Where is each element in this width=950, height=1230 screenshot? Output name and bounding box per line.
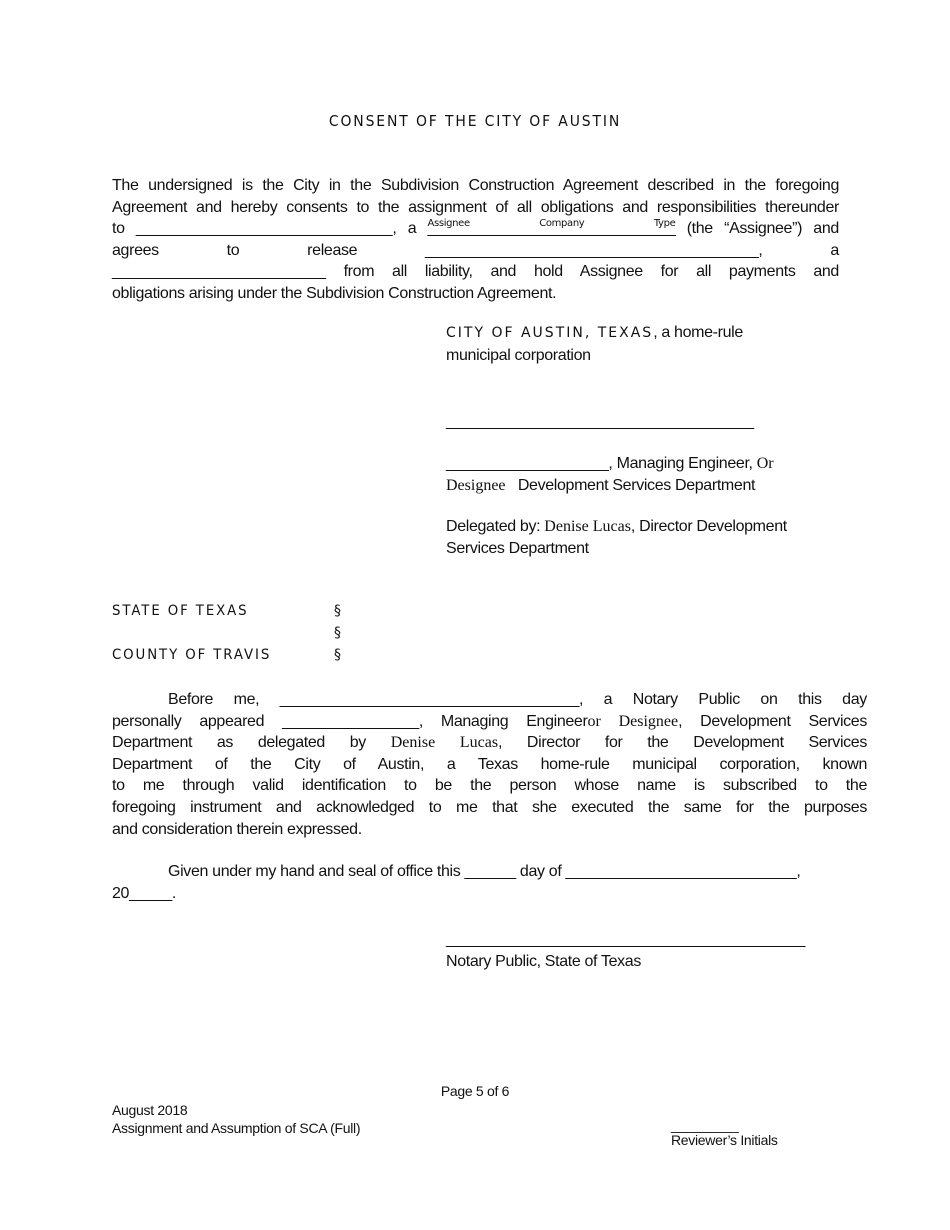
city-entity-name: CITY OF AUSTIN, TEXAS [446, 325, 653, 341]
word: Public [698, 691, 739, 708]
a-word: a [408, 220, 417, 237]
assignee-definition: (the “Assignee”) and [687, 220, 839, 237]
word-agrees: agrees [112, 242, 159, 259]
given-paragraph: Given under my hand and seal of office t… [112, 861, 867, 904]
year-blank[interactable]: _____ [129, 885, 172, 902]
director-title: , Director for the Development Services [498, 734, 867, 751]
city-signer-block: ___________________, Managing Engineer, … [446, 453, 846, 496]
personally-appeared: personally appeared [112, 713, 264, 730]
city-entity-line2: municipal corporation [446, 345, 846, 367]
document-page: CONSENT OF THE CITY OF AUSTIN The unders… [0, 0, 950, 1230]
section-symbol-1: § [334, 603, 341, 619]
city-signature-line[interactable]: ____________________________________ [446, 411, 846, 433]
signer-or: Or [757, 455, 774, 472]
delegated-name: Denise Lucas [544, 518, 631, 535]
day-of: day of [520, 863, 562, 880]
city-entity-rest: , a home-rule [653, 324, 743, 341]
dev-services: , Development Services [678, 713, 867, 730]
word-a: a [830, 242, 839, 259]
assignor-type-blank[interactable]: _________________________ [112, 263, 326, 280]
ack-line-2: personally appeared ________________, Ma… [112, 711, 867, 733]
delegated-line2: Services Department [446, 538, 846, 560]
assignee-company-type-label: Assignee Company Type [428, 213, 676, 235]
ack-line-5: to me through valid identification to be… [112, 775, 867, 797]
notary-signature-label: Notary Public, State of Texas [446, 951, 805, 973]
ack-line-3: Department as delegated by Denise Lucas,… [112, 732, 867, 754]
consent-line-6: obligations arising under the Subdivisio… [112, 283, 839, 305]
to-word: to [112, 220, 125, 237]
word-release: release [307, 242, 357, 259]
word: on [760, 691, 777, 708]
ack-line-4: Department of the City of Austin, a Texa… [112, 754, 867, 776]
word: a [604, 691, 613, 708]
ack-line-7: and consideration therein expressed. [112, 819, 867, 841]
section-symbol-3: § [334, 647, 341, 663]
signer-designee: Designee [446, 477, 506, 494]
reviewer-initials-label: Reviewer’s Initials [671, 1131, 778, 1149]
city-signature-entity: CITY OF AUSTIN, TEXAS, a home-rule munic… [446, 322, 846, 366]
word: this [798, 691, 822, 708]
delegated-by: Department as delegated by [112, 734, 366, 751]
assignee-name-blank[interactable]: ______________________________, [136, 220, 397, 237]
document-title: CONSENT OF THE CITY OF AUSTIN [33, 112, 917, 130]
section-symbol-2: § [334, 625, 341, 641]
notary-acknowledgment-paragraph: Before me, _____________________________… [112, 689, 867, 840]
delegated-prefix: Delegated by: [446, 518, 544, 535]
liability-text: from all liability, and hold Assignee fo… [344, 263, 839, 280]
consent-line-5: _________________________ from all liabi… [112, 261, 839, 283]
reviewer-initials-block: _________ Reviewer’s Initials [671, 1119, 778, 1149]
signer-department: Development Services Department [518, 477, 755, 494]
delegated-suffix: , Director Development [631, 518, 787, 535]
footer-doc-name: Assignment and Assumption of SCA (Full) [112, 1119, 360, 1137]
given-text: Given under my hand and seal of office t… [168, 863, 460, 880]
ack-line-6: foregoing instrument and acknowledged to… [112, 797, 867, 819]
footer-left: August 2018 Assignment and Assumption of… [112, 1101, 360, 1137]
footer-date: August 2018 [112, 1101, 360, 1119]
consent-line-1: The undersigned is the City in the Subdi… [112, 175, 839, 197]
month-blank[interactable]: ___________________________, [566, 863, 801, 880]
consent-line-4: agrees to release ______________________… [112, 240, 839, 262]
period: . [172, 885, 176, 902]
before-me: Before me, [168, 691, 259, 708]
page-number: Page 5 of 6 [0, 1083, 950, 1099]
venue-state: STATE OF TEXAS [112, 603, 248, 619]
day-blank[interactable]: ______ [465, 863, 516, 880]
given-line-1: Given under my hand and seal of office t… [112, 861, 867, 883]
ack-line-1: Before me, _____________________________… [112, 689, 867, 711]
given-line-2: 20_____. [112, 883, 867, 905]
appeared-name-blank[interactable]: ________________, [282, 713, 423, 730]
signer-name-blank[interactable]: ___________________ [446, 455, 608, 472]
word-to: to [227, 242, 240, 259]
consent-paragraph: The undersigned is the City in the Subdi… [112, 175, 839, 305]
managing-engineer: Managing Engineer [441, 713, 588, 730]
venue-county: COUNTY OF TRAVIS [112, 647, 271, 663]
notary-name-blank[interactable]: ___________________________________, [280, 691, 583, 708]
venue-block: STATE OF TEXAS § § COUNTY OF TRAVIS § [112, 603, 412, 669]
word: day [842, 691, 867, 708]
word: Notary [633, 691, 678, 708]
assignee-company-type-field[interactable]: _____________________________Assignee Co… [428, 218, 676, 240]
notary-signature-line[interactable]: ________________________________________… [446, 929, 805, 951]
signer-title: , Managing Engineer, [608, 455, 756, 472]
reviewer-initials-blank[interactable]: _________ [671, 1119, 778, 1131]
director-name: Denise Lucas [391, 734, 498, 751]
notary-signature-block: ________________________________________… [446, 929, 805, 972]
consent-line-3: to ______________________________, a ___… [112, 218, 839, 240]
year-prefix: 20 [112, 885, 129, 902]
or-designee: or Designee [587, 713, 678, 730]
delegation-block: Delegated by: Denise Lucas, Director Dev… [446, 516, 846, 559]
assignor-name-blank[interactable]: _______________________________________, [425, 242, 763, 259]
